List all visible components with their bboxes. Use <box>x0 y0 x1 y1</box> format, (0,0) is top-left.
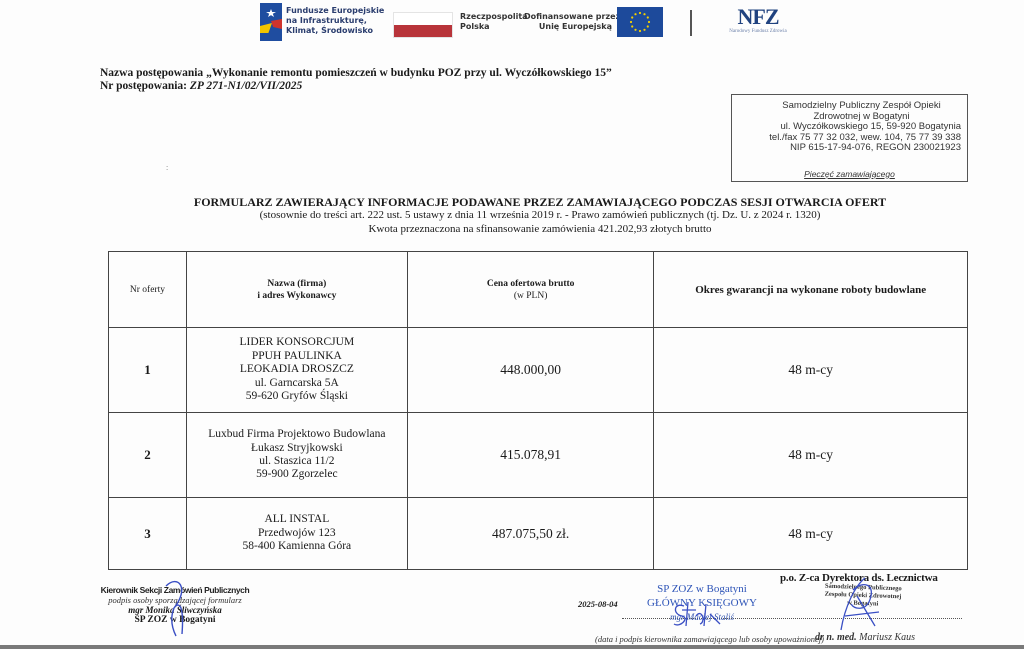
polish-flag-icon <box>393 12 453 38</box>
header-warranty: Okres gwarancji na wykonane roboty budow… <box>654 252 968 328</box>
stamp-line: NIP 615-17-94-076, REGON 230021923 <box>732 143 961 154</box>
warranty-period: 48 m-cy <box>654 328 968 413</box>
procedure-info: Nazwa postępowania „Wykonanie remontu po… <box>100 67 612 93</box>
contractor-cell: LIDER KONSORCJUMPPUH PAULINKALEOKADIA DR… <box>186 328 407 413</box>
dof-line-1: Dofinansowane przez <box>524 12 612 22</box>
dofinansowane-text: Dofinansowane przez Unię Europejską <box>524 12 612 32</box>
contractor-line: ALL INSTAL <box>187 513 407 526</box>
nfz-subtitle: Narodowy Fundusz Zdrowia <box>718 28 798 36</box>
eu-flag-icon <box>617 7 663 37</box>
rp-line-2: Polska <box>460 22 528 32</box>
contractor-line: 59-620 Gryfów Śląski <box>187 390 407 403</box>
header-nr: Nr oferty <box>109 252 187 328</box>
contracting-authority-stamp: Samodzielny Publiczny Zespół Opieki Zdro… <box>731 94 968 182</box>
table-header-row: Nr oferty Nazwa (firma)i adres Wykonawcy… <box>109 252 968 328</box>
contractor-line: PPUH PAULINKA <box>187 350 407 363</box>
fe-line-2: na Infrastrukturę, <box>286 16 384 26</box>
contractor-line: LEOKADIA DROSZCZ <box>187 363 407 376</box>
offer-price: 415.078,91 <box>407 413 654 498</box>
procedure-name-label: Nazwa postępowania <box>100 67 203 79</box>
dof-line-2: Unię Europejską <box>524 22 612 32</box>
procedure-number: ZP 271-N1/02/VII/2025 <box>190 80 302 92</box>
offer-number: 3 <box>109 498 187 570</box>
offers-table: Nr oferty Nazwa (firma)i adres Wykonawcy… <box>108 251 968 570</box>
rp-line-1: Rzeczpospolita <box>460 12 528 22</box>
table-row: 3ALL INSTALPrzedwojów 12358-400 Kamienna… <box>109 498 968 570</box>
offer-price: 448.000,00 <box>407 328 654 413</box>
contractor-line: 59-900 Zgorzelec <box>187 468 407 481</box>
stamp-line: Samodzielny Publiczny Zespół Opieki <box>732 101 961 112</box>
contractor-line: Luxbud Firma Projektowo Budowlana <box>187 428 407 441</box>
contractor-line: Przedwojów 123 <box>187 527 407 540</box>
contractor-cell: ALL INSTALPrzedwojów 12358-400 Kamienna … <box>186 498 407 570</box>
offer-number: 1 <box>109 328 187 413</box>
fundusze-europejskie-logo: Fundusze Europejskie na Infrastrukturę, … <box>260 3 385 41</box>
contractor-line: 58-400 Kamienna Góra <box>187 540 407 553</box>
nfz-logo: NFZ Narodowy Fundusz Zdrowia <box>718 6 798 36</box>
director-signature-icon <box>835 576 885 641</box>
contractor-line: ul. Staszica 11/2 <box>187 455 407 468</box>
table-row: 1LIDER KONSORCJUMPPUH PAULINKALEOKADIA D… <box>109 328 968 413</box>
procedure-name: „Wykonanie remontu pomieszczeń w budynku… <box>206 67 612 79</box>
logo-divider <box>690 10 692 36</box>
preparer-signature-icon <box>160 578 190 643</box>
signature-caption: (data i podpis kierownika zamawiającego … <box>595 634 824 644</box>
contractor-line: Łukasz Stryjkowski <box>187 442 407 455</box>
warranty-period: 48 m-cy <box>654 413 968 498</box>
legal-basis: (stosownie do treści art. 222 ust. 5 ust… <box>0 209 1024 222</box>
accountant-org: SP ZOZ w Bogatyni <box>638 582 766 596</box>
procedure-number-label: Nr postępowania: <box>100 80 187 92</box>
fe-line-1: Fundusze Europejskie <box>286 6 384 16</box>
signature-date: 2025-08-04 <box>578 599 618 609</box>
warranty-period: 48 m-cy <box>654 498 968 570</box>
fe-emblem-icon <box>260 3 282 41</box>
offer-price: 487.075,50 zł. <box>407 498 654 570</box>
contractor-cell: Luxbud Firma Projektowo BudowlanaŁukasz … <box>186 413 407 498</box>
accountant-signature-icon <box>672 600 722 635</box>
rzeczpospolita-text: Rzeczpospolita Polska <box>460 12 528 32</box>
stamp-label: Pieczęć zamawiającego <box>732 169 967 180</box>
offer-number: 2 <box>109 413 187 498</box>
header-contractor: Nazwa (firma)i adres Wykonawcy <box>186 252 407 328</box>
stamp-line: ul. Wyczółkowskiego 15, 59-920 Bogatynia <box>732 122 961 133</box>
contractor-line: LIDER KONSORCJUM <box>187 336 407 349</box>
budget-amount: Kwota przeznaczona na sfinansowanie zamó… <box>0 223 1024 236</box>
form-title: FORMULARZ ZAWIERAJĄCY INFORMACJE PODAWAN… <box>0 195 1024 209</box>
table-row: 2Luxbud Firma Projektowo BudowlanaŁukasz… <box>109 413 968 498</box>
fe-line-3: Klimat, Środowisko <box>286 26 384 36</box>
contractor-line: ul. Garncarska 5A <box>187 377 407 390</box>
header-price: Cena ofertowa brutto(w PLN) <box>407 252 654 328</box>
scan-mark: : <box>166 163 168 172</box>
nfz-mark: NFZ <box>718 6 798 28</box>
scan-bottom-edge <box>0 645 1024 649</box>
